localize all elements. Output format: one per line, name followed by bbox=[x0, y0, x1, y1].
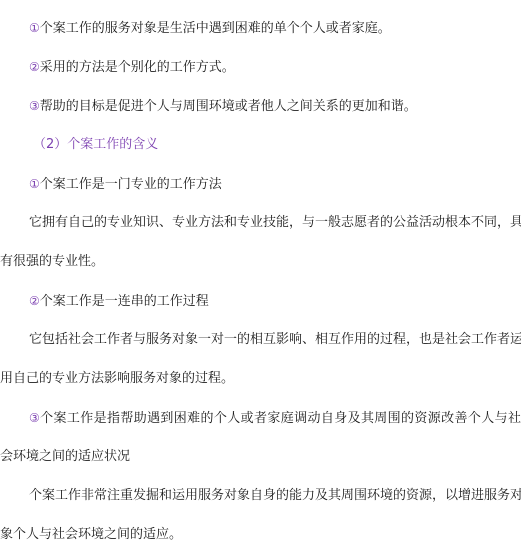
meaning-title-text: 个案工作是指帮助遇到困难的个人或者家庭调动自身及其周围的资源改善个人与社 bbox=[40, 411, 521, 426]
feature-item-2: ②采用的方法是个别化的工作方式。 bbox=[0, 57, 527, 77]
circled-number-1: ① bbox=[29, 21, 40, 35]
feature-text: 个案工作的服务对象是生活中遇到困难的单个个人或者家庭。 bbox=[40, 21, 391, 36]
circled-number-3: ③ bbox=[29, 99, 40, 113]
circled-number-3: ③ bbox=[29, 411, 40, 425]
meaning-body-3-line-1: 个案工作非常注重发掘和运用服务对象自身的能力及其周围环境的资源，以增进服务对 bbox=[0, 486, 521, 506]
circled-number-1: ① bbox=[29, 177, 40, 191]
meaning-title-3-line-2: 会环境之间的适应状况 bbox=[0, 447, 527, 467]
circled-number-2: ② bbox=[29, 294, 40, 308]
meaning-title-1: ①个案工作是一门专业的工作方法 bbox=[0, 174, 527, 194]
meaning-body-1-line-1: 它拥有自己的专业知识、专业方法和专业技能，与一般志愿者的公益活动根本不同，具 bbox=[0, 213, 521, 233]
meaning-title-text: 个案工作是一连串的工作过程 bbox=[40, 294, 209, 309]
feature-item-3: ③帮助的目标是促进个人与周围环境或者他人之间关系的更加和谐。 bbox=[0, 96, 527, 116]
meaning-body-3-line-2: 象个人与社会环境之间的适应。 bbox=[0, 525, 527, 545]
section-heading: （2）个案工作的含义 bbox=[0, 135, 527, 155]
meaning-body-2-line-1: 它包括社会工作者与服务对象一对一的相互影响、相互作用的过程，也是社会工作者运 bbox=[0, 330, 521, 350]
meaning-body-1-line-2: 有很强的专业性。 bbox=[0, 252, 527, 272]
meaning-title-3-line-1: ③个案工作是指帮助遇到困难的个人或者家庭调动自身及其周围的资源改善个人与社 bbox=[0, 408, 521, 428]
meaning-title-text: 个案工作是一门专业的工作方法 bbox=[40, 177, 222, 192]
meaning-title-2: ②个案工作是一连串的工作过程 bbox=[0, 291, 527, 311]
feature-text: 帮助的目标是促进个人与周围环境或者他人之间关系的更加和谐。 bbox=[40, 99, 417, 114]
meaning-body-2-line-2: 用自己的专业方法影响服务对象的过程。 bbox=[0, 369, 527, 389]
feature-text: 采用的方法是个别化的工作方式。 bbox=[40, 60, 235, 75]
feature-item-1: ①个案工作的服务对象是生活中遇到困难的单个个人或者家庭。 bbox=[0, 18, 527, 38]
circled-number-2: ② bbox=[29, 60, 40, 74]
